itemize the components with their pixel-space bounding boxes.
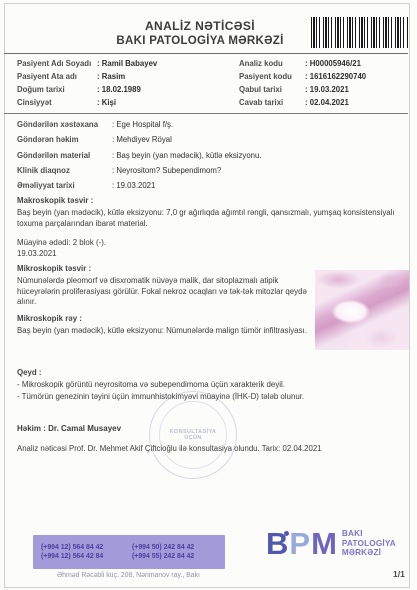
field-label: Göndərilən xəstəxana — [17, 120, 112, 130]
bpm-logo-letters: B P M — [266, 528, 337, 559]
field-value: : 1616162290740 — [305, 72, 366, 82]
field-value: : Baş beyin (yan mədəcik), kütlə eksizyo… — [112, 151, 262, 161]
referring-doctor-row: Göndərən həkim : Mehdiyev Röyal — [17, 135, 409, 145]
patient-code-row: Pasiyent kodu : 1616162290740 — [239, 72, 409, 82]
referring-hospital-row: Göndərilən xəstəxana : Ege Hospital f/ş. — [17, 120, 409, 130]
histology-image — [315, 270, 409, 350]
patient-father-row: Pasiyent Ata adı : Rasim — [17, 72, 232, 82]
examination-count: Müayinə ədədi: 2 blok (-). — [17, 238, 403, 248]
report-title: ANALİZ NƏTİCƏSİ — [80, 19, 320, 33]
field-value: : 02.04.2021 — [305, 98, 349, 108]
field-label: Pasiyent Adı Soyadı — [17, 59, 97, 69]
macroscopic-body: Baş beyin (yan mədəcik), kütlə eksizyonu… — [17, 208, 403, 229]
stamp-text: ÜÇÜN — [184, 435, 202, 441]
phone-number: (+994 12) 564 42 84 — [41, 553, 126, 560]
microscopic-body: Nümunələrdə pleomorf və disxromatik nüvə… — [17, 276, 313, 307]
operation-date-row: Əməliyyat tarixi : 19.03.2021 — [17, 181, 409, 191]
patient-info-block: Pasiyent Adı Soyadı : Ramil Babayev Pasi… — [17, 59, 232, 111]
divider — [4, 113, 408, 114]
microscopic-opinion-body: Baş beyin (yan mədəcik), kütlə eksizyonu… — [17, 326, 313, 336]
sent-material-row: Göndərilən material : Baş beyin (yan məd… — [17, 151, 409, 161]
field-value: : H00005946/21 — [305, 59, 361, 69]
phone-banner: (+994 12) 564 84 42 (+994 50) 242 84 42 … — [33, 535, 225, 569]
logo-text-line: BAKI — [342, 529, 396, 539]
analysis-info-block: Analiz kodu : H00005946/21 Pasiyent kodu… — [239, 59, 409, 111]
field-value: : Ramil Babayev — [97, 59, 157, 69]
patient-name-row: Pasiyent Adı Soyadı : Ramil Babayev — [17, 59, 232, 69]
field-value: : 18.02.1989 — [97, 85, 141, 95]
doctor-signature: Həkim : Dr. Camal Musayev — [17, 424, 121, 433]
field-value: : Mehdiyev Röyal — [112, 135, 172, 145]
page-number: 1/1 — [393, 569, 405, 579]
field-label: Qabul tarixi — [239, 85, 305, 95]
stamp-text: KONSULTASİYA — [170, 429, 217, 435]
field-label: Pasiyent kodu — [239, 72, 305, 82]
field-value: : Rasim — [97, 72, 125, 82]
analysis-code-row: Analiz kodu : H00005946/21 — [239, 59, 409, 69]
clinical-diagnosis-row: Klinik diaqnoz : Neyrositom? Subependimo… — [17, 166, 409, 176]
bpm-logo-text: BAKI PATOLOGİYA MƏRKƏZİ — [342, 529, 396, 559]
field-label: Klinik diaqnoz — [17, 166, 112, 176]
macroscopic-section: Makroskopik təsvir : Baş beyin (yan mədə… — [17, 196, 403, 259]
phone-number: (+994 12) 564 84 42 — [41, 544, 126, 551]
report-header: ANALİZ NƏTİCƏSİ BAKI PATOLOGİYA MƏRKƏZİ — [80, 19, 320, 47]
logo-letter-p: P — [289, 528, 310, 559]
field-value: : Kişi — [97, 98, 116, 108]
patient-birthdate-row: Doğum tarixi : 18.02.1989 — [17, 85, 232, 95]
field-label: Pasiyent Ata adı — [17, 72, 97, 82]
consultation-note: Analiz nəticəsi Prof. Dr. Mehmet Akif Çi… — [17, 444, 322, 453]
field-label: Analiz kodu — [239, 59, 305, 69]
approval-stamp: KONSULTASİYA ÜÇÜN — [149, 391, 237, 479]
logo-letter-m: M — [311, 528, 337, 559]
field-label: Cavab tarixi — [239, 98, 305, 108]
address: Əhməd Rəcəbli küç. 208, Nərimanov ray., … — [57, 572, 200, 579]
field-label: Doğum tarixi — [17, 85, 97, 95]
microscopic-section: Mikroskopik təsvir : Nümunələrdə pleomor… — [17, 264, 313, 337]
field-value: : Neyrositom? Subependimom? — [112, 166, 221, 176]
bpm-logo: B P M BAKI PATOLOGİYA MƏRKƏZİ — [266, 528, 396, 559]
response-date-row: Cavab tarixi : 02.04.2021 — [239, 98, 409, 108]
pathology-report-document: ANALİZ NƏTİCƏSİ BAKI PATOLOGİYA MƏRKƏZİ … — [0, 0, 417, 590]
field-label: Əməliyyat tarixi — [17, 181, 112, 191]
divider — [4, 53, 408, 54]
note-item: - Mikroskopik görüntü neyrositoma və sub… — [17, 380, 409, 390]
admission-date-row: Qabul tarixi : 19.03.2021 — [239, 85, 409, 95]
spacer — [17, 229, 403, 238]
microscopic-opinion-heading: Mikroskopik rəy : — [17, 314, 313, 324]
macroscopic-heading: Makroskopik təsvir : — [17, 196, 403, 206]
phone-number: (+994 50) 242 84 42 — [132, 544, 217, 551]
field-value: : Ege Hospital f/ş. — [112, 120, 173, 130]
field-value: : 19.03.2021 — [305, 85, 349, 95]
logo-text-line: MƏRKƏZİ — [342, 548, 396, 558]
clinic-name: BAKI PATOLOGİYA MƏRKƏZİ — [80, 35, 320, 47]
logo-text-line: PATOLOGİYA — [342, 539, 396, 549]
microscopic-heading: Mikroskopik təsvir : — [17, 264, 313, 274]
barcode-icon — [311, 17, 408, 48]
field-value: : 19.03.2021 — [112, 181, 155, 191]
logo-letter-b: B — [266, 528, 288, 559]
phone-number: (+994 55) 242 84 42 — [132, 553, 217, 560]
field-label: Göndərilən material — [17, 151, 112, 161]
patient-gender-row: Cinsiyyət : Kişi — [17, 98, 232, 108]
field-label: Cinsiyyət — [17, 98, 97, 108]
examination-date: 19.03.2021 — [17, 249, 403, 259]
referral-info-block: Göndərilən xəstəxana : Ege Hospital f/ş.… — [17, 120, 409, 197]
field-label: Göndərən həkim — [17, 135, 112, 145]
note-heading: Qeyd : — [17, 368, 409, 378]
